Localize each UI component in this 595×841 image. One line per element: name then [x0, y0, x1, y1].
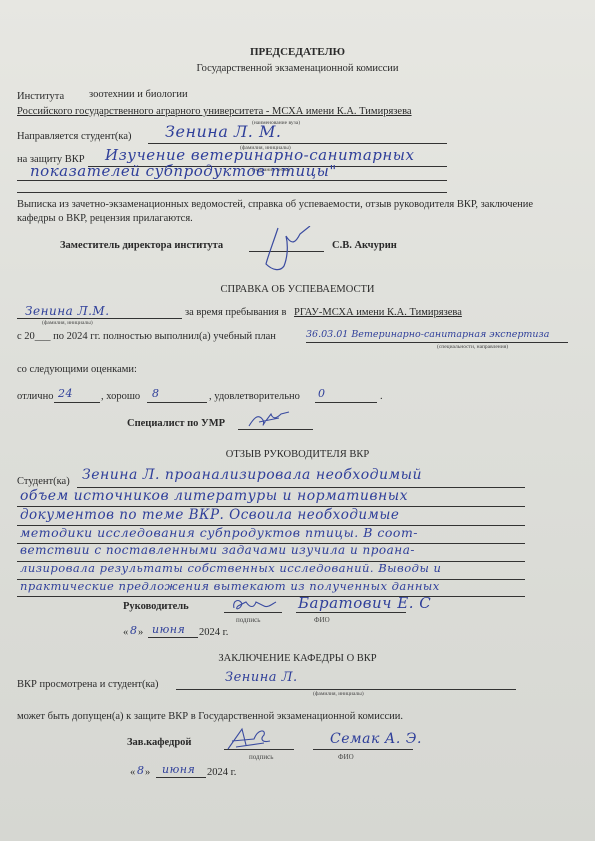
conclusion-date-day: 8 — [137, 764, 145, 777]
supervisor-label: Руководитель — [123, 601, 189, 612]
conclusion-date-month-line — [156, 777, 206, 778]
review-date-open-quote: « — [123, 627, 128, 638]
review-text-5: ветствии с поставленными задачами изучил… — [20, 543, 415, 557]
document-page: ПРЕДСЕДАТЕЛЮ Государственной экзаменацио… — [0, 0, 595, 841]
perf-student-caption: (фамилия, инициалы) — [42, 320, 93, 326]
conclusion-student-handwritten: Зенина Л. — [225, 670, 298, 685]
supervisor-name-line — [296, 612, 406, 613]
university-short: РГАУ-МСХА имени К.А. Тимирязева — [294, 307, 462, 318]
satisfactory-value: 0 — [318, 387, 326, 400]
good-value: 8 — [152, 387, 160, 400]
deputy-signature — [258, 226, 313, 276]
review-text-2: объем источников литературы и нормативны… — [20, 488, 408, 504]
topic-line-3 — [17, 192, 447, 193]
conclusion-reviewed-label: ВКР просмотрена и студент(ка) — [17, 679, 159, 690]
admission-text: может быть допущен(а) к защите ВКР в Гос… — [17, 711, 403, 722]
review-text-6: лизировала результаты собственных исслед… — [20, 561, 441, 575]
perf-student-handwritten: Зенина Л.М. — [25, 304, 110, 318]
head-name-line — [313, 749, 413, 750]
supervisor-signature-caption: подпись — [236, 616, 260, 624]
specialist-label: Специалист по УМР — [127, 418, 225, 429]
excellent-label: отлично — [17, 391, 53, 402]
addressee-subtitle: Государственной экзаменационной комиссии — [0, 63, 595, 74]
review-heading: ОТЗЫВ РУКОВОДИТЕЛЯ ВКР — [0, 449, 595, 460]
head-signature — [224, 725, 276, 753]
review-student-label: Студент(ка) — [17, 476, 70, 487]
period-text: с 20___ по 2024 гг. полностью выполнил(а… — [17, 331, 276, 342]
student-line — [148, 143, 447, 144]
excellent-value: 24 — [58, 387, 73, 400]
conclusion-student-line — [176, 689, 516, 690]
review-text-1: Зенина Л. проанализировала необходимый — [82, 467, 422, 483]
institute-value: зоотехнии и биологии — [89, 89, 188, 100]
head-label: Зав.кафедрой — [127, 737, 191, 748]
attachments-text: Выписка из зачетно-экзаменационных ведом… — [17, 198, 557, 226]
deputy-label: Заместитель директора института — [60, 240, 223, 251]
review-text-7: практические предложения вытекают из пол… — [20, 579, 440, 593]
university-name: Российского государственного аграрного у… — [17, 106, 412, 117]
addressee-title: ПРЕДСЕДАТЕЛЮ — [0, 46, 595, 58]
conclusion-student-caption: (фамилия, инициалы) — [313, 691, 364, 697]
supervisor-signature — [228, 596, 278, 614]
plan-line — [306, 342, 568, 343]
student-label: Направляется студент(ка) — [17, 131, 132, 142]
conclusion-date-month: июня — [162, 763, 195, 776]
review-date-month-line — [148, 637, 198, 638]
grades-label: со следующими оценками: — [17, 364, 137, 375]
head-name: Семак А. Э. — [330, 731, 422, 747]
deputy-name: С.В. Акчурин — [332, 240, 397, 251]
review-date-close-quote: » — [138, 627, 143, 638]
performance-heading: СПРАВКА ОБ УСПЕВАЕМОСТИ — [0, 284, 595, 295]
conclusion-date-year: 2024 г. — [207, 767, 236, 778]
review-date-day: 8 — [130, 624, 138, 637]
head-fio-caption: ФИО — [338, 753, 354, 761]
supervisor-fio-caption: ФИО — [314, 616, 330, 624]
head-signature-caption: подпись — [249, 753, 273, 761]
plan-handwritten: 36.03.01 Ветеринарно-санитарная эксперти… — [306, 329, 549, 340]
satisfactory-line — [315, 402, 377, 403]
review-text-3: документов по теме ВКР. Освоила необходи… — [20, 507, 399, 523]
stay-text: за время пребывания в — [185, 307, 286, 318]
topic-line-2 — [17, 180, 447, 181]
conclusion-date-close-quote: » — [145, 767, 150, 778]
topic-handwritten-2: показателей субпродуктов птицы" — [30, 162, 337, 180]
excellent-line — [54, 402, 100, 403]
plan-caption: (специальности, направления) — [437, 344, 508, 350]
conclusion-heading: ЗАКЛЮЧЕНИЕ КАФЕДРЫ О ВКР — [0, 653, 595, 664]
good-line — [147, 402, 207, 403]
review-date-month: июня — [152, 623, 185, 636]
good-label: , хорошо — [101, 391, 140, 402]
specialist-signature — [245, 410, 295, 432]
satisfactory-label: , удовлетворительно — [209, 391, 300, 402]
conclusion-date-open-quote: « — [130, 767, 135, 778]
student-handwritten: Зенина Л. М. — [165, 122, 281, 141]
supervisor-name: Баратович Е. С — [298, 594, 431, 612]
review-text-4: методики исследования субпродуктов птицы… — [20, 525, 418, 540]
perf-student-line — [17, 318, 182, 319]
institute-label: Института — [17, 91, 64, 102]
grades-period: . — [380, 391, 383, 402]
review-date-year: 2024 г. — [199, 627, 228, 638]
